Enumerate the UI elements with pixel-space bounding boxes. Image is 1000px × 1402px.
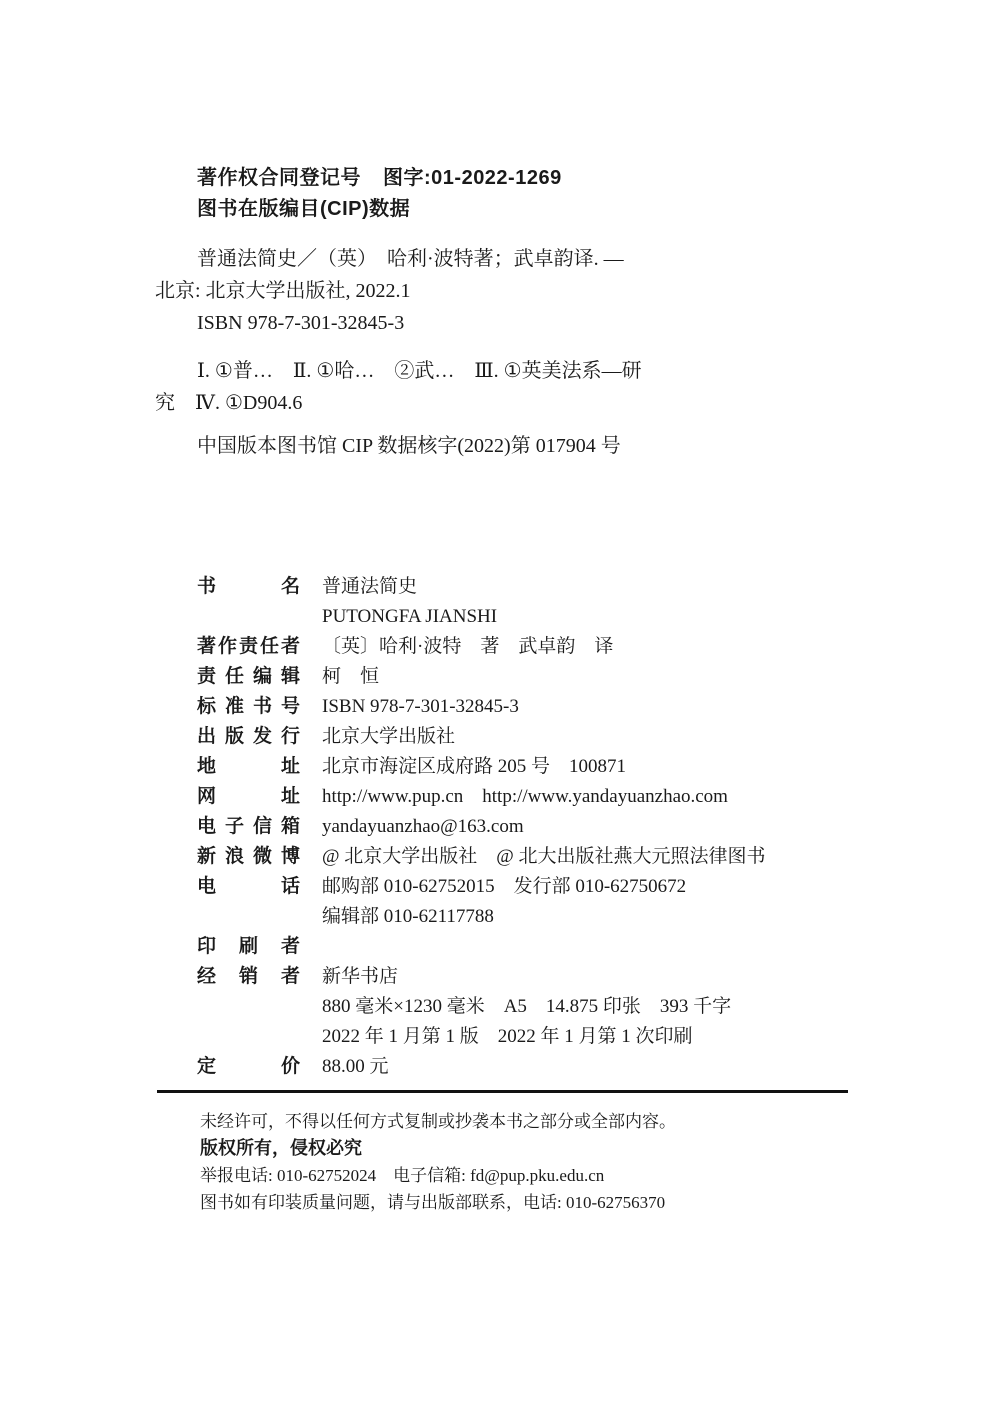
copyright-page: 著作权合同登记号图字:01-2022-1269 图书在版编目(CIP)数据 普通… — [0, 0, 1000, 1402]
row-label: 经销者 — [197, 962, 300, 992]
colophon-row-editor: 责任编辑柯 恒 — [197, 662, 766, 692]
cip-description: 普通法简史／（英） 哈利·波特著；武卓韵译. — 北京: 北京大学出版社, 20… — [155, 243, 875, 339]
row-value: 普通法简史 — [322, 576, 417, 597]
row-label: 责任编辑 — [197, 662, 300, 692]
row-value: yandayuanzhao@163.com — [322, 816, 524, 837]
row-label: 著作责任者 — [197, 632, 300, 662]
colophon-row-email: 电子信箱yandayuanzhao@163.com — [197, 812, 766, 842]
row-value: 北京市海淀区成府路 205 号 100871 — [322, 756, 626, 777]
row-label: 印刷者 — [197, 932, 300, 962]
row-label: 新浪微博 — [197, 842, 300, 872]
row-value: http://www.pup.cn http://www.yandayuanzh… — [322, 786, 728, 807]
colophon-row-weibo: 新浪微博@ 北京大学出版社 @ 北大出版社燕大元照法律图书 — [197, 842, 766, 872]
cip-isbn-line: ISBN 978-7-301-32845-3 — [155, 307, 875, 339]
colophon-row-price: 定价88.00 元 — [197, 1052, 766, 1082]
row-value: 编辑部 010-62117788 — [322, 906, 494, 927]
row-value: 88.00 元 — [322, 1056, 389, 1077]
no-copy-notice: 未经许可，不得以任何方式复制或抄袭本书之部分或全部内容。 — [200, 1108, 676, 1135]
colophon-row-edition: 2022 年 1 月第 1 版 2022 年 1 月第 1 次印刷 — [197, 1022, 766, 1052]
cip-classification: Ⅰ. ①普… Ⅱ. ①哈… ②武… Ⅲ. ①英美法系—研 究 Ⅳ. ①D904.… — [155, 355, 875, 419]
registration-number-line: 著作权合同登记号图字:01-2022-1269 — [197, 163, 562, 194]
registration-label: 著作权合同登记号 — [197, 167, 361, 189]
quality-contact-line: 图书如有印装质量问题，请与出版部联系，电话: 010-62756370 — [200, 1189, 676, 1216]
row-value: @ 北京大学出版社 @ 北大出版社燕大元照法律图书 — [322, 846, 766, 867]
copyright-warning: 版权所有，侵权必究 — [200, 1135, 676, 1162]
row-value: 2022 年 1 月第 1 版 2022 年 1 月第 1 次印刷 — [322, 1026, 693, 1047]
cip-classification-line: Ⅰ. ①普… Ⅱ. ①哈… ②武… Ⅲ. ①英美法系—研 — [155, 355, 875, 387]
colophon-row-book-title: 书名普通法简史 — [197, 572, 766, 602]
row-label: 出版发行 — [197, 722, 300, 752]
row-label: 电子信箱 — [197, 812, 300, 842]
footer-notices: 未经许可，不得以任何方式复制或抄袭本书之部分或全部内容。 版权所有，侵权必究 举… — [200, 1108, 676, 1216]
colophon-row-format: 880 毫米×1230 毫米 A5 14.875 印张 393 千字 — [197, 992, 766, 1022]
row-value: ISBN 978-7-301-32845-3 — [322, 696, 519, 717]
cip-record-number: 中国版本图书馆 CIP 数据核字(2022)第 017904 号 — [197, 430, 621, 462]
header-block: 著作权合同登记号图字:01-2022-1269 图书在版编目(CIP)数据 — [197, 163, 562, 225]
colophon-row-website: 网址http://www.pup.cn http://www.yandayuan… — [197, 782, 766, 812]
row-label: 电话 — [197, 872, 300, 902]
colophon-row-distributor: 经销者新华书店 — [197, 962, 766, 992]
row-value: 北京大学出版社 — [322, 726, 455, 747]
row-label: 定价 — [197, 1052, 300, 1082]
colophon-row-phone-edit-dept: 编辑部 010-62117788 — [197, 902, 766, 932]
colophon-row-publisher: 出版发行北京大学出版社 — [197, 722, 766, 752]
colophon-row-authors: 著作责任者〔英〕哈利·波特 著 武卓韵 译 — [197, 632, 766, 662]
row-value: 柯 恒 — [322, 666, 379, 687]
report-contact-line: 举报电话: 010-62752024 电子信箱: fd@pup.pku.edu.… — [200, 1162, 676, 1189]
colophon-row-address: 地址北京市海淀区成府路 205 号 100871 — [197, 752, 766, 782]
colophon-row-isbn: 标准书号ISBN 978-7-301-32845-3 — [197, 692, 766, 722]
row-label: 书名 — [197, 572, 300, 602]
row-label: 标准书号 — [197, 692, 300, 722]
row-value: 邮购部 010-62752015 发行部 010-62750672 — [322, 876, 686, 897]
colophon-row-pinyin-title: PUTONGFA JIANSHI — [197, 602, 766, 632]
row-label: 地址 — [197, 752, 300, 782]
row-value: 新华书店 — [322, 966, 398, 987]
row-value: PUTONGFA JIANSHI — [322, 606, 497, 627]
colophon-row-printer: 印刷者 — [197, 932, 766, 962]
colophon-table: 书名普通法简史 PUTONGFA JIANSHI 著作责任者〔英〕哈利·波特 著… — [197, 572, 766, 1082]
cip-classification-line: 究 Ⅳ. ①D904.6 — [155, 387, 875, 419]
row-value: 880 毫米×1230 毫米 A5 14.875 印张 393 千字 — [322, 996, 731, 1017]
row-label: 网址 — [197, 782, 300, 812]
cip-description-line: 北京: 北京大学出版社, 2022.1 — [155, 275, 875, 307]
separator-rule — [157, 1090, 848, 1093]
colophon-row-phone: 电话邮购部 010-62752015 发行部 010-62750672 — [197, 872, 766, 902]
cip-data-heading: 图书在版编目(CIP)数据 — [197, 194, 562, 225]
row-value: 〔英〕哈利·波特 著 武卓韵 译 — [322, 636, 613, 657]
registration-code: 图字:01-2022-1269 — [383, 167, 562, 189]
cip-description-line: 普通法简史／（英） 哈利·波特著；武卓韵译. — — [155, 243, 875, 275]
